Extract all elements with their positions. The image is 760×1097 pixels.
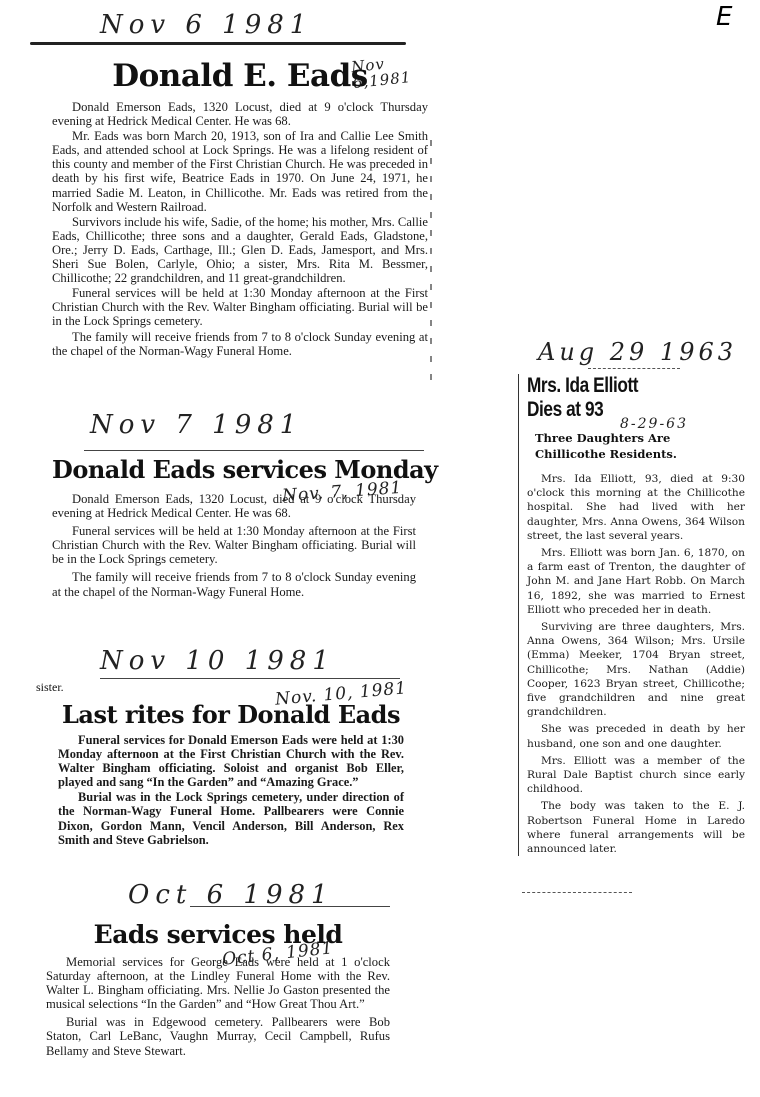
article-body: Memorial services for George Eads were h…: [46, 955, 390, 1058]
scanned-clippings-page: E Nov 6 1981 Nov 6,1981 Donald E. Eads D…: [0, 0, 760, 1097]
headline: Eads services held: [46, 920, 390, 949]
divider: [190, 906, 390, 907]
scan-margin-marks: [430, 140, 432, 380]
headline: Last rites for Donald Eads: [58, 700, 404, 729]
annotation-5: 8-29-63: [620, 416, 688, 432]
paragraph: She was preceded in death by her husband…: [527, 722, 745, 750]
paragraph: The family will receive friends from 7 t…: [52, 330, 428, 358]
divider-wavy: [30, 42, 406, 45]
paragraph: Burial was in Edgewood cemetery. Pallbea…: [46, 1015, 390, 1057]
handwritten-date-5: Aug 29 1963: [538, 338, 737, 366]
subheadline: Three Daughters Are Chillicothe Resident…: [535, 430, 745, 462]
divider: [100, 678, 400, 679]
article-donald-eads-services-monday: Donald Eads services Monday Donald Emers…: [52, 455, 416, 599]
article-last-rites-donald-eads: Last rites for Donald Eads Funeral servi…: [58, 700, 404, 847]
article-body: Donald Emerson Eads, 1320 Locust, died a…: [52, 492, 416, 599]
subheadline-line-2: Chillicothe Residents.: [535, 446, 745, 462]
paragraph: The body was taken to the E. J. Robertso…: [527, 799, 745, 856]
paragraph: Mrs. Ida Elliott, 93, died at 9:30 o'clo…: [527, 472, 745, 543]
divider: [84, 450, 424, 451]
article-eads-services-held: Eads services held Memorial services for…: [46, 920, 390, 1058]
paragraph: The family will receive friends from 7 t…: [52, 570, 416, 598]
headline-line-1: Mrs. Ida Elliott: [527, 374, 706, 398]
article-body: Funeral services for Donald Emerson Eads…: [58, 733, 404, 847]
handwritten-date-2: Nov 7 1981: [90, 410, 302, 440]
paragraph: Funeral services for Donald Emerson Eads…: [58, 733, 404, 789]
handwritten-date-1: Nov 6 1981: [100, 10, 312, 40]
paragraph: Surviving are three daughters, Mrs. Anna…: [527, 620, 745, 719]
paragraph: Mr. Eads was born March 20, 1913, son of…: [52, 129, 428, 214]
paragraph: Survivors include his wife, Sadie, of th…: [52, 215, 428, 285]
paragraph: Funeral services will be held at 1:30 Mo…: [52, 524, 416, 566]
paragraph: Mrs. Elliott was born Jan. 6, 1870, on a…: [527, 546, 745, 617]
stray-text: sister.: [36, 680, 64, 695]
divider: [522, 892, 632, 893]
paragraph: Donald Emerson Eads, 1320 Locust, died a…: [52, 100, 428, 128]
paragraph: Burial was in the Lock Springs cemetery,…: [58, 790, 404, 846]
subheadline-line-1: Three Daughters Are: [535, 430, 745, 446]
paragraph: Memorial services for George Eads were h…: [46, 955, 390, 1011]
obituary-ida-elliott: Mrs. Ida Elliott Dies at 93 Three Daught…: [518, 374, 745, 856]
paragraph: Mrs. Elliott was a member of the Rural D…: [527, 754, 745, 797]
paragraph: Funeral services will be held at 1:30 Mo…: [52, 286, 428, 328]
handwritten-date-3: Nov 10 1981: [100, 646, 335, 676]
headline: Donald E. Eads: [52, 58, 428, 94]
page-mark: E: [716, 2, 732, 32]
divider: [588, 368, 680, 369]
obituary-donald-e-eads: Donald E. Eads Donald Emerson Eads, 1320…: [52, 58, 428, 358]
article-body: Mrs. Ida Elliott, 93, died at 9:30 o'clo…: [527, 472, 745, 856]
article-body: Donald Emerson Eads, 1320 Locust, died a…: [52, 100, 428, 358]
